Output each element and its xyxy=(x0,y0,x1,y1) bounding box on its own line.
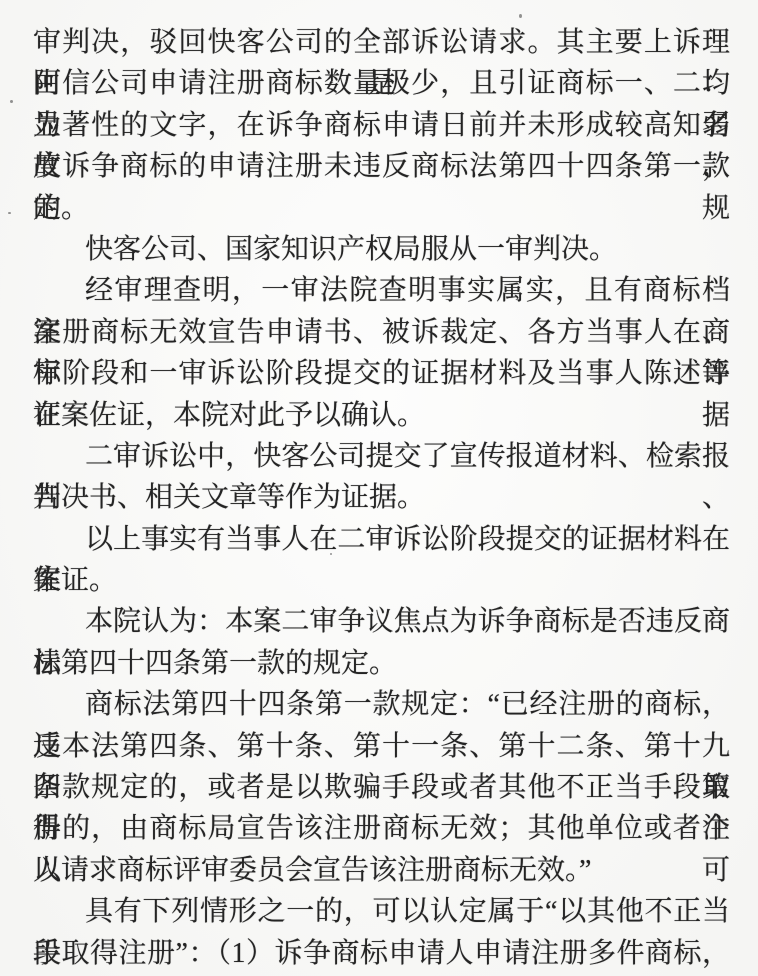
text-line: 显著性的文字，在诉争商标申请日前并未形成较高知名度， xyxy=(33,105,730,146)
text-line: 册的，由商标局宣告该注册商标无效；其他单位或者个人可 xyxy=(33,808,730,849)
text-line: 二审诉讼中，快客公司提交了宣传报道材料、检索报告、 xyxy=(33,436,730,477)
text-line: 经审理查明，一审法院查明事实属实，且有商标档案、 xyxy=(33,270,730,311)
scan-speck xyxy=(10,100,13,103)
text-line: 注册商标无效宣告申请书、被诉裁定、各方当事人在商标评 xyxy=(33,312,730,353)
text-line: 故诉争商标的申请注册未违反商标法第四十四条第一款的规 xyxy=(33,146,730,187)
text-line: 本院认为：本案二审争议焦点为诉争商标是否违反商标 xyxy=(33,601,730,642)
text-line: 四款规定的，或者是以欺骗手段或者其他不正当手段取得注 xyxy=(33,767,730,808)
document-page: 审判决，驳回快客公司的全部诉讼请求。其主要上诉理由是：阿信公司申请注册商标数量极… xyxy=(0,0,758,976)
scan-speck xyxy=(8,212,11,214)
text-line: 段取得注册”：（1）诉争商标申请人申请注册多件商标，且 xyxy=(33,933,730,974)
text-line: 法第四十四条第一款的规定。 xyxy=(33,643,730,684)
text-block: 审判决，驳回快客公司的全部诉讼请求。其主要上诉理由是：阿信公司申请注册商标数量极… xyxy=(33,22,730,974)
text-line: 以上事实有当事人在二审诉讼阶段提交的证据材料在案 xyxy=(33,519,730,560)
text-line: 具有下列情形之一的，可以认定属于“以其他不正当手 xyxy=(33,891,730,932)
text-line: 审判决，驳回快客公司的全部诉讼请求。其主要上诉理由是： xyxy=(33,22,730,63)
text-line: 佐证。 xyxy=(33,560,730,601)
scan-speck xyxy=(519,14,522,18)
text-line: 阿信公司申请注册商标数量极少，且引证商标一、二均为弱 xyxy=(33,63,730,104)
text-line: 审阶段和一审诉讼阶段提交的证据材料及当事人陈述等证据 xyxy=(33,353,730,394)
text-line: 反本法第四条、第十条、第十一条、第十二条、第十九条第 xyxy=(33,726,730,767)
text-line: 快客公司、国家知识产权局服从一审判决。 xyxy=(33,229,730,270)
text-line: 商标法第四十四条第一款规定：“已经注册的商标，违 xyxy=(33,684,730,725)
